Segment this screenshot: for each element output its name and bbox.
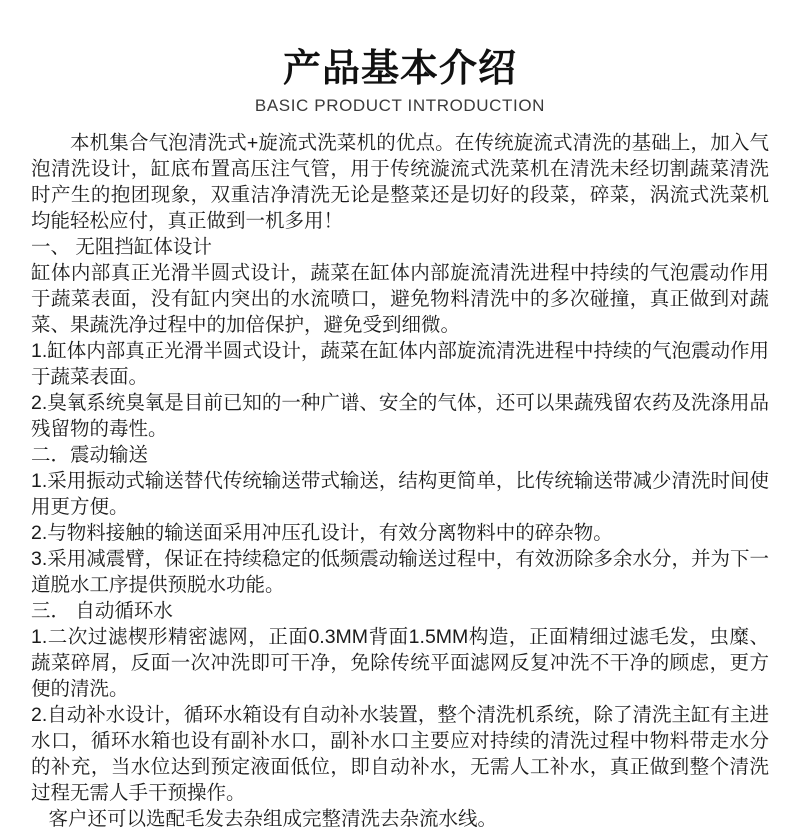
section-3-paragraph: 2.自动补水设计，循环水箱设有自动补水装置，整个清洗机系统，除了清洗主缸有主进水… [31, 702, 769, 806]
product-description: 本机集合气泡清洗式+旋流式洗菜机的优点。在传统旋流式清洗的基础上，加入气泡清洗设… [31, 130, 769, 832]
closing-paragraph: 客户还可以选配毛发去杂组成完整清洗去杂流水线。 [31, 806, 769, 832]
intro-paragraph: 本机集合气泡清洗式+旋流式洗菜机的优点。在传统旋流式清洗的基础上，加入气泡清洗设… [31, 130, 769, 234]
section-1-paragraph: 1.缸体内部真正光滑半圆式设计，蔬菜在缸体内部旋流清洗进程中持续的气泡震动作用于… [31, 338, 769, 390]
section-1-paragraph: 2.臭氧系统臭氧是目前已知的一种广谱、安全的气体，还可以果蔬残留农药及洗涤用品残… [31, 390, 769, 442]
page-title: 产品基本介绍 [31, 0, 769, 91]
section-1-paragraph: 缸体内部真正光滑半圆式设计，蔬菜在缸体内部旋流清洗进程中持续的气泡震动作用于蔬菜… [31, 260, 769, 338]
section-2-paragraph: 1.采用振动式输送替代传统输送带式输送，结构更简单，比传统输送带减少清洗时间使用… [31, 468, 769, 520]
section-2-paragraph: 2.与物料接触的输送面采用冲压孔设计，有效分离物料中的碎杂物。 [31, 520, 769, 546]
section-2-paragraph: 3.采用减震臂，保证在持续稳定的低频震动输送过程中，有效沥除多余水分，并为下一道… [31, 546, 769, 598]
section-3-paragraph: 1.二次过滤楔形精密滤网，正面0.3MM背面1.5MM构造，正面精细过滤毛发，虫… [31, 624, 769, 702]
page-subtitle: BASIC PRODUCT INTRODUCTION [31, 95, 769, 117]
product-introduction-page: 产品基本介绍 BASIC PRODUCT INTRODUCTION 本机集合气泡… [0, 0, 800, 835]
section-2-heading: 二．震动输送 [31, 442, 769, 468]
section-3-heading: 三． 自动循环水 [31, 598, 769, 624]
section-1-heading: 一、 无阻挡缸体设计 [31, 234, 769, 260]
